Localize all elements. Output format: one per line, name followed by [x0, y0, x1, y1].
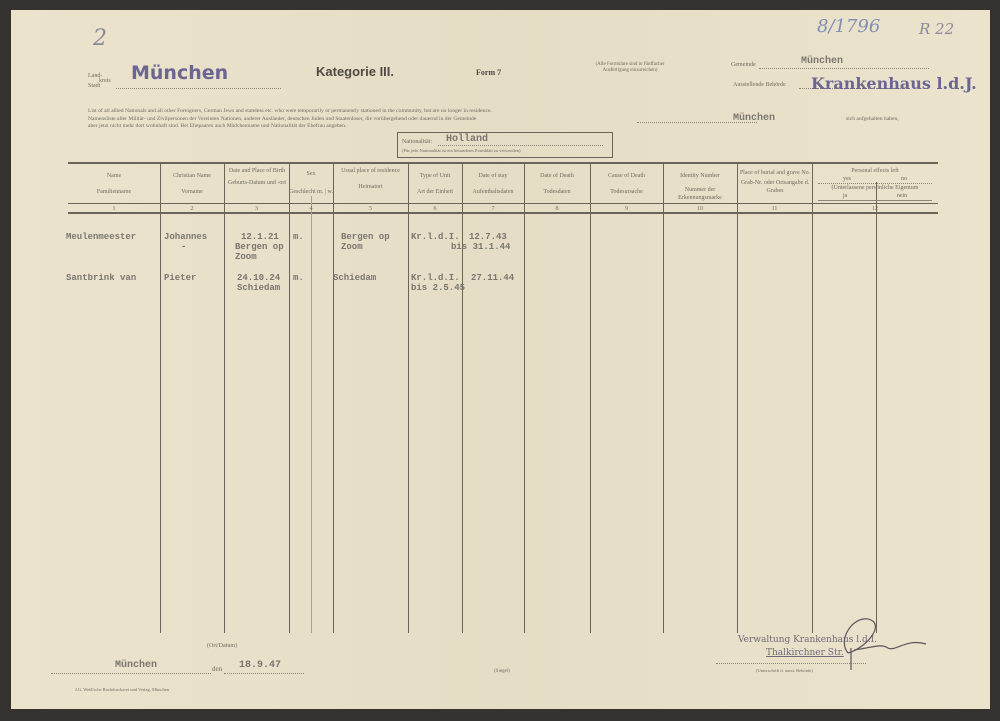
effects-subdivider [876, 182, 877, 633]
copies-note-line2: Ausfertigung einzureichen) [585, 68, 675, 74]
copies-note: (Alle Formulare sind in fünffacher Ausfe… [585, 62, 675, 74]
col-divider [462, 163, 463, 633]
cell-birth-date: 12.1.21 [241, 232, 279, 242]
cell-name: Santbrink van [66, 273, 136, 283]
date-line [224, 673, 304, 674]
col-divider [289, 163, 290, 633]
cell-residence: Schiedam [333, 273, 376, 283]
col-header-11-en: Place of burial and grave No. [739, 169, 811, 177]
cell-birth-place: Bergen op [235, 242, 284, 252]
effects-yes-label: yes [843, 175, 851, 183]
gemeinde-value: München [801, 56, 843, 67]
authority-stamp: Krankenhaus l.d.J. [811, 74, 977, 93]
cell-sex: m. [293, 273, 304, 283]
district-stamp: München [131, 62, 228, 84]
col-number-7: 7 [462, 205, 524, 213]
col-header-7-de: Aufenthaltsdaten [462, 188, 524, 196]
col-header-12: Personal effects left yes no (Unterlasse… [812, 167, 938, 201]
den-label: den [212, 665, 222, 673]
col-divider [812, 163, 813, 633]
place-date-label: (Ort/Datum) [207, 643, 237, 649]
cell-stay-to: bis 31.1.44 [451, 242, 510, 252]
col-number-9: 9 [590, 205, 663, 213]
kreis-label: kreis [99, 78, 111, 84]
cell-birth-date: 24.10.24 [237, 273, 280, 283]
cell-unit: Kr.l.d.I. [411, 273, 460, 283]
col-number-11: 11 [737, 205, 812, 213]
gemeinde-line [759, 68, 929, 69]
intro-german-1: Namensliste aller Militär- und Zivilpers… [88, 116, 476, 122]
col-header-3: Date and Place of Birth Geburts-Datum un… [226, 167, 288, 187]
intro-german-2: sich aufgehalten haben, [846, 116, 899, 122]
place-line [51, 673, 211, 674]
col-header-5-de: Heimatort [333, 183, 408, 191]
col-divider [737, 163, 738, 633]
sex-subdivider [311, 196, 312, 633]
cell-residence-2: Zoom [341, 242, 363, 252]
document-page: 2 8/1796 R 22 Land- kreis Stadt München … [11, 10, 990, 709]
col-header-2: Christian Name Vorname [160, 172, 224, 196]
col-header-7-en: Date of stay [462, 172, 524, 180]
col-header-11: Place of burial and grave No. Grab-Nr. o… [739, 169, 811, 195]
col-header-9: Cause of Death Todesursache [590, 172, 663, 196]
col-number-8: 8 [524, 205, 590, 213]
col-header-3-en: Date and Place of Birth [226, 167, 288, 175]
col-header-3-de: Geburts-Datum und -ort [226, 179, 288, 187]
col-divider [333, 163, 334, 633]
archive-number: 8/1796 [817, 16, 880, 37]
col-header-2-en: Christian Name [160, 172, 224, 180]
printer-credit: J.G. Weiß'sche Buchdruckerei und Verlag,… [75, 687, 169, 692]
cell-sex: m. [293, 232, 304, 242]
table-header-divider [68, 203, 938, 204]
reference-code: R 22 [919, 20, 954, 38]
cell-birth-place-2: Zoom [235, 252, 257, 262]
col-header-7: Date of stay Aufenthaltsdaten [462, 172, 524, 196]
col-header-12-en: Personal effects left [812, 167, 938, 175]
col-number-4: 4 [289, 205, 333, 213]
intro-german-3: aber jetzt nicht mehr dort wohnhaft sind… [88, 123, 346, 129]
cell-christian-name-mark: - [181, 242, 186, 252]
cell-residence: Bergen op [341, 232, 390, 242]
col-header-10-de: Nummer der Erkennungsmarke [663, 186, 737, 202]
col-header-4-en: Sex [289, 170, 333, 178]
col-header-12-de: (Unterlassene persönliche Eigentum [812, 184, 938, 192]
category-title: Kategorie III. [316, 64, 394, 79]
intro-gemeinde-value: München [733, 113, 775, 124]
nationality-box: Nationalität: Holland (Für jede National… [397, 132, 613, 158]
effects-nein-label: nein [897, 192, 907, 200]
col-header-1: Name Familienname [68, 172, 160, 196]
effects-no-label: no [901, 175, 907, 183]
nationality-line [438, 145, 603, 146]
nationality-value: Holland [446, 134, 488, 145]
table-top-border [68, 162, 938, 164]
gemeinde-label: Gemeinde [731, 62, 756, 68]
col-number-12: 12 [812, 205, 938, 213]
col-divider [524, 163, 525, 633]
col-header-5-en: Usual place of residence [333, 167, 408, 175]
effects-yes-no-en: yes no [818, 175, 932, 184]
col-header-4: Sex Geschlecht m. | w. [289, 170, 333, 196]
col-header-1-en: Name [68, 172, 160, 180]
effects-ja-label: ja [843, 192, 847, 200]
col-number-10: 10 [663, 205, 737, 213]
col-header-8-en: Date of Death [524, 172, 590, 180]
nationality-note: (Für jede Nationalität ist ein besondere… [402, 148, 520, 153]
col-header-9-de: Todesursache [590, 188, 663, 196]
col-number-3: 3 [224, 205, 289, 213]
cell-name: Meulenmeester [66, 232, 136, 242]
cell-unit: Kr.l.d.I. [411, 232, 460, 242]
cell-birth-place: Schiedam [237, 283, 280, 293]
nationality-label: Nationalität: [402, 139, 432, 145]
col-divider [224, 163, 225, 633]
stadt-label: Stadt [88, 83, 100, 89]
col-header-8: Date of Death Todesdaten [524, 172, 590, 196]
handwritten-signature-icon [826, 608, 936, 678]
col-header-1-de: Familienname [68, 188, 160, 196]
col-number-5: 5 [333, 205, 408, 213]
cell-christian-name: Pieter [164, 273, 196, 283]
col-divider [663, 163, 664, 633]
authority-label: Ausstellende Behörde [733, 82, 786, 88]
col-divider [408, 163, 409, 633]
col-header-10-en: Identity Number [663, 172, 737, 180]
cell-stay-from: 12.7.43 [469, 232, 507, 242]
signature-caption: (Unterschrift d. ausst. Behörde) [756, 668, 813, 673]
col-header-8-de: Todesdaten [524, 188, 590, 196]
col-header-6-de: Art der Einheit [408, 188, 462, 196]
col-header-11-de: Grab-Nr. oder Ortsangabe d. Grabes [739, 179, 811, 195]
effects-yes-no-de: ja nein [818, 192, 932, 201]
col-number-6: 6 [408, 205, 462, 213]
place-value: München [115, 660, 157, 671]
seal-label: (Siegel) [494, 669, 510, 674]
cell-christian-name: Johannes [164, 232, 207, 242]
col-header-5: Usual place of residence Heimatort [333, 167, 408, 191]
col-divider [590, 163, 591, 633]
col-header-4-de: Geschlecht m. | w. [289, 188, 333, 196]
cell-stay-to: bis 2.5.45 [411, 283, 465, 293]
intro-english: List of all allied Nationals and all oth… [88, 108, 492, 114]
col-header-6: Type of Unit Art der Einheit [408, 172, 462, 196]
col-header-9-en: Cause of Death [590, 172, 663, 180]
col-divider [160, 163, 161, 633]
district-line [116, 88, 281, 89]
col-number-1: 1 [68, 205, 160, 213]
col-header-10: Identity Number Nummer der Erkennungsmar… [663, 172, 737, 202]
cell-stay-from: 27.11.44 [471, 273, 514, 283]
date-value: 18.9.47 [239, 660, 281, 671]
col-number-2: 2 [160, 205, 224, 213]
page-number-handwritten: 2 [93, 26, 107, 51]
col-header-6-en: Type of Unit [408, 172, 462, 180]
col-header-2-de: Vorname [160, 188, 224, 196]
form-number: Form 7 [476, 68, 501, 77]
